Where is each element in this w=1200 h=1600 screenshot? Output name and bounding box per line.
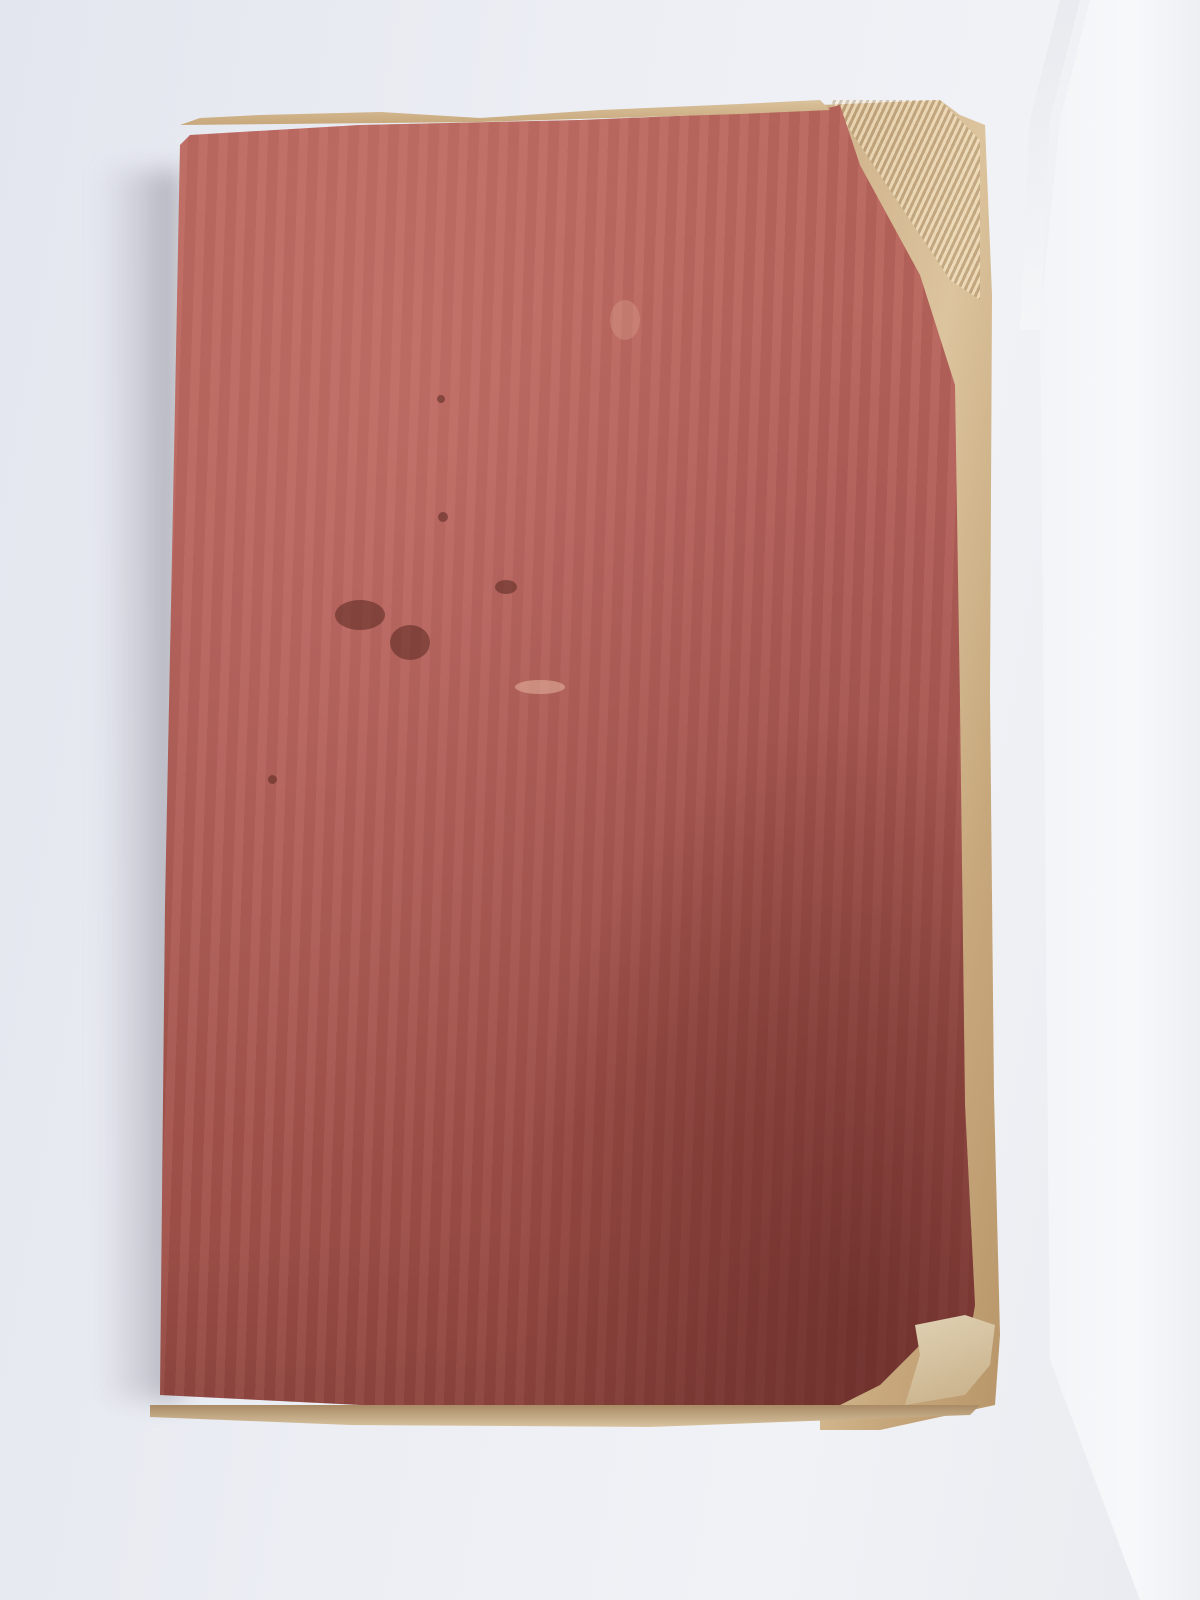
- light-mark: [515, 680, 565, 694]
- stain: [438, 512, 448, 522]
- stain: [335, 600, 385, 630]
- stain: [495, 580, 517, 594]
- background-sheet: [1030, 0, 1200, 1600]
- light-mark: [610, 300, 640, 340]
- stain: [390, 625, 430, 660]
- book-cover: [160, 105, 980, 1425]
- stain: [437, 395, 445, 403]
- stain: [268, 775, 277, 784]
